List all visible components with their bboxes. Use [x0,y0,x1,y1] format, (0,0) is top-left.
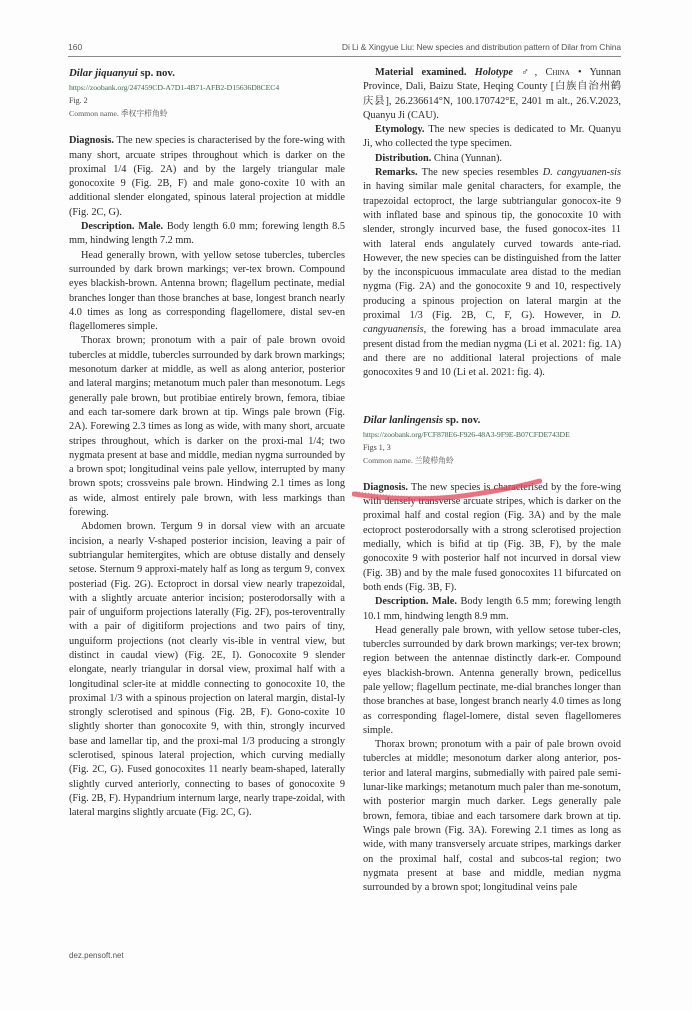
thorax-paragraph: Thorax brown; pronotum with a pair of pa… [69,334,345,520]
remarks-paragraph: Remarks. The new species resembles D. ca… [363,166,621,380]
head-paragraph: Head generally pale brown, with yellow s… [363,624,621,738]
diagnosis-paragraph: Diagnosis. The new species is characteri… [363,481,621,595]
left-column: Dilar jiquanyui sp. nov. https://zoobank… [69,66,345,821]
male-symbol: ♂ [521,67,534,78]
right-column: Material examined. Holotype ♂, China • Y… [363,66,621,895]
figure-reference[interactable]: Figs 1, 3 [363,441,621,454]
footer-site[interactable]: dez.pensoft.net [69,951,124,960]
species-name: Dilar jiquanyui [69,67,138,79]
zoobank-link[interactable]: https://zoobank.org/FCF878E6-F926-48A3-9… [363,429,621,441]
common-name: Common name. 季权宇栉角蛉 [69,107,345,120]
description-paragraph: Description. Male. Body length 6.5 mm; f… [363,595,621,624]
species-heading-lanlingensis: Dilar lanlingensis sp. nov. [363,413,621,427]
material-paragraph: Material examined. Holotype ♂, China • Y… [363,66,621,123]
abdomen-paragraph: Abdomen brown. Tergum 9 in dorsal view w… [69,520,345,820]
zoobank-link[interactable]: https://zoobank.org/247459CD-A7D1-4B71-A… [69,82,345,94]
page-header: 160 Di Li & Xingyue Liu: New species and… [68,40,621,57]
page-number: 160 [68,42,82,52]
description-paragraph: Description. Male. Body length 6.0 mm; f… [69,220,345,249]
running-title: Di Li & Xingyue Liu: New species and dis… [342,42,621,52]
common-name: Common name. 兰陵栉角蛉 [363,454,621,467]
thorax-paragraph: Thorax brown; pronotum with a pair of pa… [363,738,621,895]
distribution-paragraph: Distribution. China (Yunnan). [363,152,621,166]
figure-reference[interactable]: Fig. 2 [69,94,345,107]
etymology-paragraph: Etymology. The new species is dedicated … [363,123,621,152]
diagnosis-paragraph: Diagnosis. The new species is characteri… [69,134,345,220]
species-heading-jiquanyui: Dilar jiquanyui sp. nov. [69,66,345,80]
species-name: Dilar lanlingensis [363,414,443,426]
head-paragraph: Head generally brown, with yellow setose… [69,249,345,335]
